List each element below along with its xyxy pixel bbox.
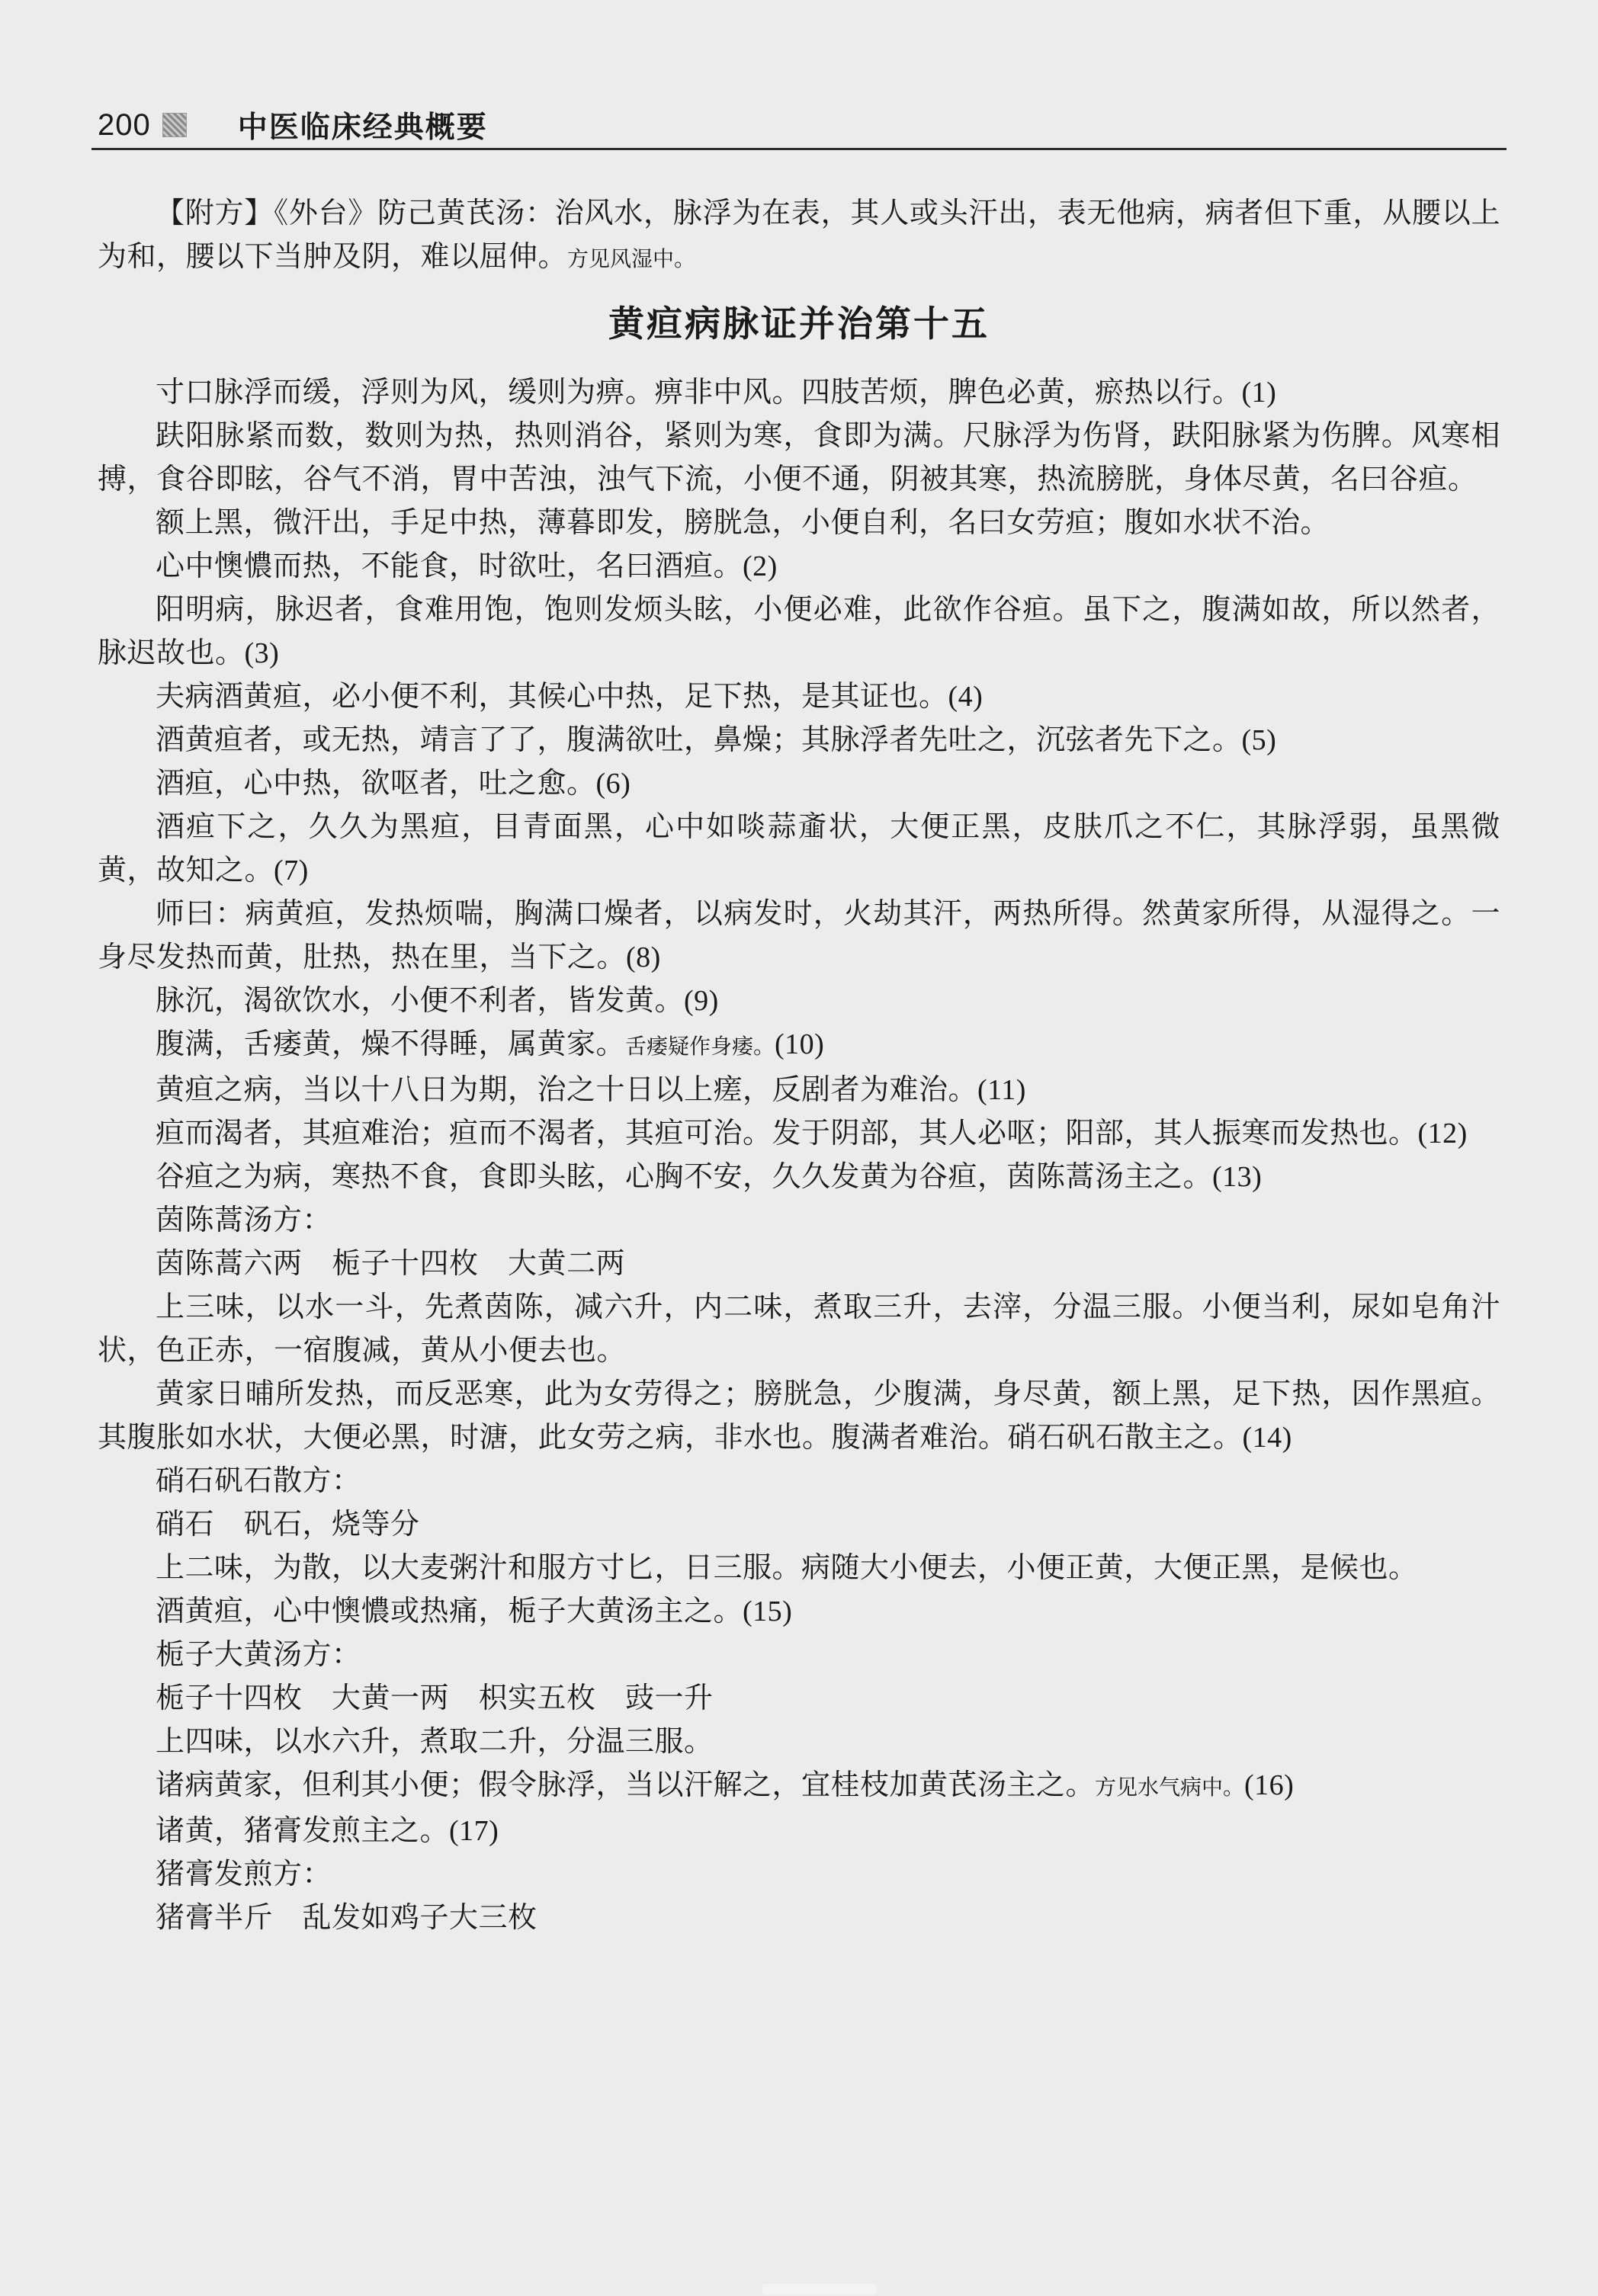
text-segment: 硝石 矾石，烧等分 (156, 1509, 420, 1541)
header-rule (91, 148, 1507, 150)
text-segment: 趺阳脉紧而数，数则为热，热则消谷，紧则为寒，食即为满。尺脉浮为伤肾，趺阳脉紧为伤… (98, 420, 1500, 495)
text-segment: 黄疸之病，当以十八日为期，治之十日以上瘥，反剧者为难治。(11) (156, 1074, 1026, 1106)
paragraph: 师曰：病黄疸，发热烦喘，胸满口燥者，以病发时，火劫其汗，两热所得。然黄家所得，从… (98, 893, 1500, 980)
paragraph: 疸而渴者，其疸难治；疸而不渴者，其疸可治。发于阴部，其人必呕；阳部，其人振寒而发… (98, 1112, 1500, 1156)
text-segment: 黄疸病脉证并治第十五 (608, 305, 990, 345)
text-segment: (16) (1244, 1769, 1294, 1801)
paragraph: 上二味，为散，以大麦粥汁和服方寸匕，日三服。病随大小便去，小便正黄，大便正黑，是… (98, 1547, 1500, 1590)
paragraph: 茵陈蒿汤方： (98, 1199, 1500, 1243)
paragraph: 酒疸，心中热，欲呕者，吐之愈。(6) (98, 762, 1500, 806)
paragraph: 酒黄疸者，或无热，靖言了了，腹满欲吐，鼻燥；其脉浮者先吐之，沉弦者先下之。(5) (98, 719, 1500, 762)
paragraph: 上三味，以水一斗，先煮茵陈，减六升，内二味，煮取三升，去滓，分温三服。小便当利，… (98, 1286, 1500, 1373)
paragraph: 硝石 矾石，烧等分 (98, 1503, 1500, 1547)
text-segment: 茵陈蒿六两 栀子十四枚 大黄二两 (156, 1248, 625, 1280)
text-segment: 酒疸下之，久久为黑疸，目青面黑，心中如啖蒜齑状，大便正黑，皮肤爪之不仁，其脉浮弱… (98, 811, 1500, 887)
text-segment: 师曰：病黄疸，发热烦喘，胸满口燥者，以病发时，火劫其汗，两热所得。然黄家所得，从… (98, 898, 1500, 973)
text-segment: 腹满，舌痿黄，燥不得睡，属黄家。 (156, 1028, 625, 1060)
text-segment: 上二味，为散，以大麦粥汁和服方寸匕，日三服。病随大小便去，小便正黄，大便正黑，是… (156, 1552, 1418, 1584)
paragraph: 趺阳脉紧而数，数则为热，热则消谷，紧则为寒，食即为满。尺脉浮为伤肾，趺阳脉紧为伤… (98, 415, 1500, 502)
text-segment: 夫病酒黄疸，必小便不利，其候心中热，足下热，是其证也。(4) (156, 681, 983, 713)
running-head-line: 200 中医临床经典概要 (98, 105, 1507, 145)
text-segment: 疸而渴者，其疸难治；疸而不渴者，其疸可治。发于阴部，其人必呕；阳部，其人振寒而发… (156, 1118, 1468, 1150)
text-segment: 茵陈蒿汤方： (156, 1204, 332, 1236)
paragraph: 黄家日晡所发热，而反恶寒，此为女劳得之；膀胱急，少腹满，身尽黄，额上黑，足下热，… (98, 1373, 1500, 1460)
paragraph: 脉沉，渴欲饮水，小便不利者，皆发黄。(9) (98, 980, 1500, 1023)
text-segment: 心中懊憹而热，不能食，时欲吐，名曰酒疸。(2) (156, 550, 778, 582)
running-head: 200 中医临床经典概要 (98, 105, 1507, 150)
paragraph: 硝石矾石散方： (98, 1460, 1500, 1503)
inline-note: 方见水气病中。 (1095, 1776, 1244, 1800)
paragraph: 谷疸之为病，寒热不食，食即头眩，心胸不安，久久发黄为谷疸，茵陈蒿汤主之。(13) (98, 1156, 1500, 1199)
scanned-book-page: { "meta": { "page_bg": "#ececec", "ink_c… (0, 0, 1598, 2296)
paragraph: 诸病黄家，但利其小便；假令脉浮，当以汗解之，宜桂枝加黄芪汤主之。方见水气病中。(… (98, 1764, 1500, 1810)
paragraph: 【附方】《外台》防己黄芪汤：治风水，脉浮为在表，其人或头汗出，表无他病，病者但下… (98, 192, 1500, 281)
text-segment: 酒黄疸者，或无热，靖言了了，腹满欲吐，鼻燥；其脉浮者先吐之，沉弦者先下之。(5) (156, 724, 1276, 756)
paragraph: 酒疸下之，久久为黑疸，目青面黑，心中如啖蒜齑状，大便正黑，皮肤爪之不仁，其脉浮弱… (98, 806, 1500, 893)
paragraph: 心中懊憹而热，不能食，时欲吐，名曰酒疸。(2) (98, 545, 1500, 588)
text-segment: 硝石矾石散方： (156, 1465, 361, 1497)
hatched-square-icon (163, 114, 186, 136)
scan-artifact (762, 2284, 877, 2294)
inline-note: 舌痿疑作身痿。 (625, 1035, 775, 1059)
text-segment: 栀子大黄汤方： (156, 1639, 361, 1671)
paragraph: 额上黑，微汗出，手足中热，薄暮即发，膀胱急，小便自利，名曰女劳疸；腹如水状不治。 (98, 502, 1500, 545)
text-segment: 诸病黄家，但利其小便；假令脉浮，当以汗解之，宜桂枝加黄芪汤主之。 (156, 1769, 1095, 1801)
text-segment: 阳明病，脉迟者，食难用饱，饱则发烦头眩，小便必难，此欲作谷疸。虽下之，腹满如故，… (98, 594, 1500, 669)
text-segment: 上三味，以水一斗，先煮茵陈，减六升，内二味，煮取三升，去滓，分温三服。小便当利，… (98, 1291, 1500, 1367)
paragraph: 猪膏半斤 乱发如鸡子大三枚 (98, 1897, 1500, 1940)
text-segment: 猪膏半斤 乱发如鸡子大三枚 (156, 1902, 537, 1934)
text-segment: 脉沉，渴欲饮水，小便不利者，皆发黄。(9) (156, 985, 719, 1017)
text-segment: 【附方】《外台》防己黄芪汤：治风水，脉浮为在表，其人或头汗出，表无他病，病者但下… (98, 197, 1500, 273)
paragraph: 猪膏发煎方： (98, 1853, 1500, 1897)
text-segment: 寸口脉浮而缓，浮则为风，缓则为痹。痹非中风。四肢苦烦，脾色必黄，瘀热以行。(1) (156, 377, 1276, 409)
text-segment: 酒疸，心中热，欲呕者，吐之愈。(6) (156, 768, 631, 800)
chapter-title: 黄疸病脉证并治第十五 (98, 298, 1500, 351)
paragraph: 酒黄疸，心中懊憹或热痛，栀子大黄汤主之。(15) (98, 1590, 1500, 1634)
text-segment: 酒黄疸，心中懊憹或热痛，栀子大黄汤主之。(15) (156, 1595, 792, 1627)
text-segment: 谷疸之为病，寒热不食，食即头眩，心胸不安，久久发黄为谷疸，茵陈蒿汤主之。(13) (156, 1161, 1262, 1193)
paragraph: 诸黄，猪膏发煎主之。(17) (98, 1810, 1500, 1853)
text-segment: 猪膏发煎方： (156, 1858, 332, 1890)
paragraph: 栀子十四枚 大黄一两 枳实五枚 豉一升 (98, 1677, 1500, 1720)
paragraph: 阳明病，脉迟者，食难用饱，饱则发烦头眩，小便必难，此欲作谷疸。虽下之，腹满如故，… (98, 588, 1500, 675)
paragraph: 栀子大黄汤方： (98, 1634, 1500, 1677)
text-segment: (10) (775, 1028, 824, 1060)
paragraph: 寸口脉浮而缓，浮则为风，缓则为痹。痹非中风。四肢苦烦，脾色必黄，瘀热以行。(1) (98, 371, 1500, 415)
paragraph: 夫病酒黄疸，必小便不利，其候心中热，足下热，是其证也。(4) (98, 675, 1500, 719)
text-segment: 上四味，以水六升，煮取二升，分温三服。 (156, 1726, 714, 1758)
paragraph: 茵陈蒿六两 栀子十四枚 大黄二两 (98, 1243, 1500, 1286)
paragraph: 上四味，以水六升，煮取二升，分温三服。 (98, 1720, 1500, 1764)
paragraph: 黄疸之病，当以十八日为期，治之十日以上瘥，反剧者为难治。(11) (98, 1069, 1500, 1112)
text-segment: 栀子十四枚 大黄一两 枳实五枚 豉一升 (156, 1682, 714, 1714)
book-title: 中医临床经典概要 (238, 104, 488, 146)
inline-note: 方见风湿中。 (567, 248, 695, 271)
page-body: 【附方】《外台》防己黄芪汤：治风水，脉浮为在表，其人或头汗出，表无他病，病者但下… (98, 192, 1500, 1940)
text-segment: 黄家日晡所发热，而反恶寒，此为女劳得之；膀胱急，少腹满，身尽黄，额上黑，足下热，… (98, 1378, 1500, 1454)
page-number: 200 (98, 108, 151, 143)
text-segment: 额上黑，微汗出，手足中热，薄暮即发，膀胱急，小便自利，名曰女劳疸；腹如水状不治。 (156, 507, 1330, 539)
text-segment: 诸黄，猪膏发煎主之。(17) (156, 1815, 499, 1847)
paragraph: 腹满，舌痿黄，燥不得睡，属黄家。舌痿疑作身痿。(10) (98, 1023, 1500, 1069)
